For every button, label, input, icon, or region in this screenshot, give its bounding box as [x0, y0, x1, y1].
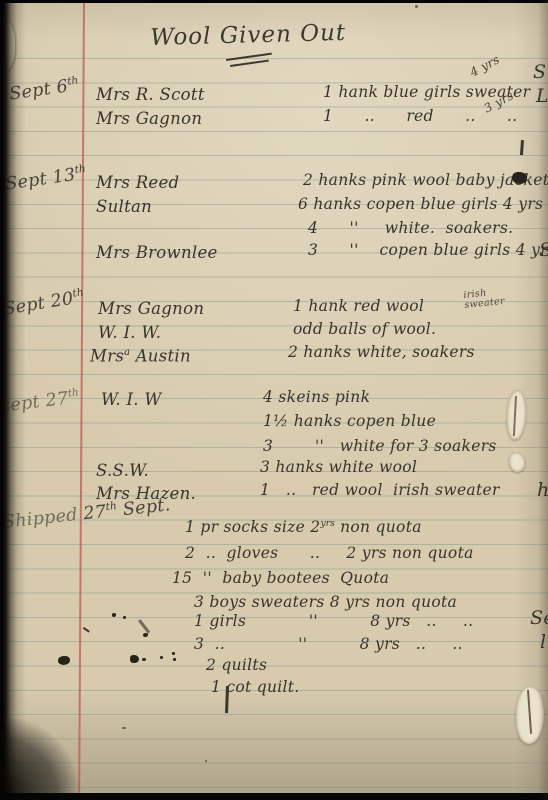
entry-name: Mrs R. Scott: [96, 86, 205, 105]
scanned-ledger-page: Wool Given Out Sept 6th Mrs R. Scott 1 h…: [0, 0, 548, 800]
detail-text: non quota: [335, 518, 422, 536]
date-text: 27: [82, 502, 107, 524]
entry-detail: 1½ hanks copen blue: [263, 413, 436, 431]
date-ordinal: th: [72, 286, 85, 300]
entry-detail: 4 skeins pink: [263, 389, 370, 407]
entry-detail: 2 hanks pink wool baby jacket: [303, 172, 548, 190]
entry-name: W. I. W.: [98, 324, 161, 343]
paper-speck: [205, 760, 207, 762]
date-ordinal: th: [67, 74, 80, 87]
edge-letter: Se: [530, 608, 548, 630]
date-ordinal: th: [67, 386, 79, 399]
entry-detail: 2 hanks white, soakers: [288, 344, 475, 362]
entry-detail: 4 '' white. soakers.: [308, 220, 513, 238]
entry-name: Mrs Brownlee: [96, 244, 218, 263]
entry-name: Mrs Reed: [96, 174, 179, 193]
entry-name: Mrsa Austin: [90, 347, 191, 366]
entry-detail: 1 pr socks size 2yrs non quota: [185, 519, 422, 537]
edge-letter: l: [540, 632, 546, 654]
name-text: Mrs: [90, 347, 124, 366]
detail-text: 1 pr socks size 2: [185, 518, 320, 536]
edge-letter: S: [533, 62, 546, 84]
entry-detail: 3 boys sweaters 8 yrs non quota: [194, 594, 457, 612]
entry-detail: 1 cot quilt.: [211, 679, 300, 697]
edge-letter: h: [537, 480, 548, 502]
entry-detail: 1 girls '' 8 yrs .. ..: [194, 613, 473, 631]
entry-name: W. I. W: [101, 391, 162, 410]
entry-detail: 3 hanks white wool: [260, 459, 417, 477]
paper-speck: [415, 5, 418, 8]
entry-detail: 2 quilts: [206, 657, 267, 675]
name-text: Austin: [130, 347, 191, 366]
edge-letter: L: [536, 86, 548, 108]
entry-detail: 1 hank red wool: [293, 298, 424, 316]
entry-detail: 3 '' copen blue girls 4 yrs: [308, 242, 548, 260]
date-ordinal: th: [105, 500, 117, 513]
entry-detail: 1 .. red wool irish sweater: [260, 482, 500, 500]
entry-name: Mrs Gagnon: [96, 110, 202, 129]
entry-detail: 3 .. '' 8 yrs .. ..: [194, 636, 463, 654]
entry-detail: 3 '' white for 3 soakers: [263, 438, 497, 456]
entry-detail: odd balls of wool.: [293, 321, 436, 339]
entry-detail: 6 hanks copen blue girls 4 yrs: [298, 196, 543, 214]
entry-detail: 2 .. gloves .. 2 yrs non quota: [185, 545, 474, 563]
entry-name: Mrs Gagnon: [98, 300, 204, 319]
garment-annotation: irishsweater: [463, 287, 505, 311]
ink-dot: [172, 652, 175, 655]
ink-blot: [130, 655, 139, 663]
entry-name: Sultan: [96, 198, 152, 217]
ink-dot: [173, 658, 176, 661]
paper-speck: [122, 727, 126, 729]
page-title: Wool Given Out: [150, 20, 346, 52]
size-annotation: yrs: [320, 518, 334, 529]
edge-letter: S: [539, 240, 548, 262]
entry-name: S.S.W.: [96, 462, 149, 481]
entry-detail: 15 '' baby bootees Quota: [172, 570, 389, 588]
date-ordinal: th: [74, 163, 87, 176]
